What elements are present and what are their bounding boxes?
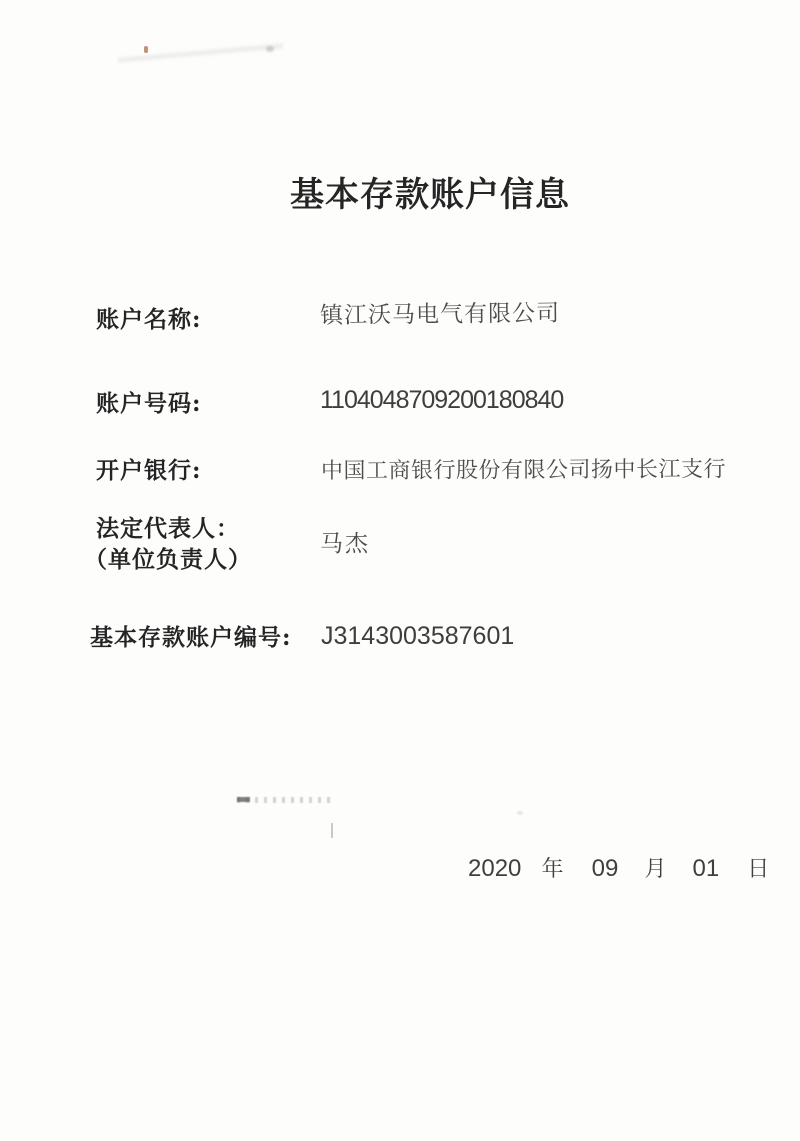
document-title: 基本存款账户信息 (290, 167, 570, 216)
basic-deposit-account-code-label: 基本存款账户编号: (90, 619, 292, 652)
scan-smudge-top (118, 42, 283, 64)
date-month: 09 (592, 855, 619, 883)
scan-speck-right (517, 811, 523, 815)
scan-smudge-mid-head (237, 797, 250, 802)
scan-smudge-mid (237, 797, 332, 803)
scanned-document-page: 基本存款账户信息 账户名称: 镇江沃马电气有限公司 账户号码: 11040487… (0, 0, 800, 1141)
scan-speck-top (266, 46, 274, 52)
unit-responsible-person-label: （单位负责人） (84, 541, 252, 574)
account-name-label: 账户名称: (96, 301, 202, 334)
account-name-value: 镇江沃马电气有限公司 (320, 294, 560, 330)
basic-deposit-account-code-value: J3143003587601 (321, 622, 514, 651)
legal-representative-value: 马杰 (320, 525, 370, 558)
opening-bank-label: 开户银行: (96, 452, 202, 485)
date-year-unit: 年 (541, 852, 563, 883)
date-day: 01 (693, 855, 720, 883)
date-month-unit: 月 (644, 852, 666, 883)
issue-date: 2020 年 09 月 01 日 (468, 852, 769, 883)
scan-red-dot (144, 46, 148, 53)
account-number-value: 1104048709200180840 (320, 386, 563, 415)
date-year: 2020 (468, 855, 521, 883)
date-day-unit: 日 (747, 852, 769, 883)
account-number-label: 账户号码: (96, 385, 202, 418)
opening-bank-value: 中国工商银行股份有限公司扬中长江支行 (321, 452, 726, 485)
legal-representative-label: 法定代表人： (96, 510, 240, 543)
scan-tick-mark (331, 823, 333, 838)
